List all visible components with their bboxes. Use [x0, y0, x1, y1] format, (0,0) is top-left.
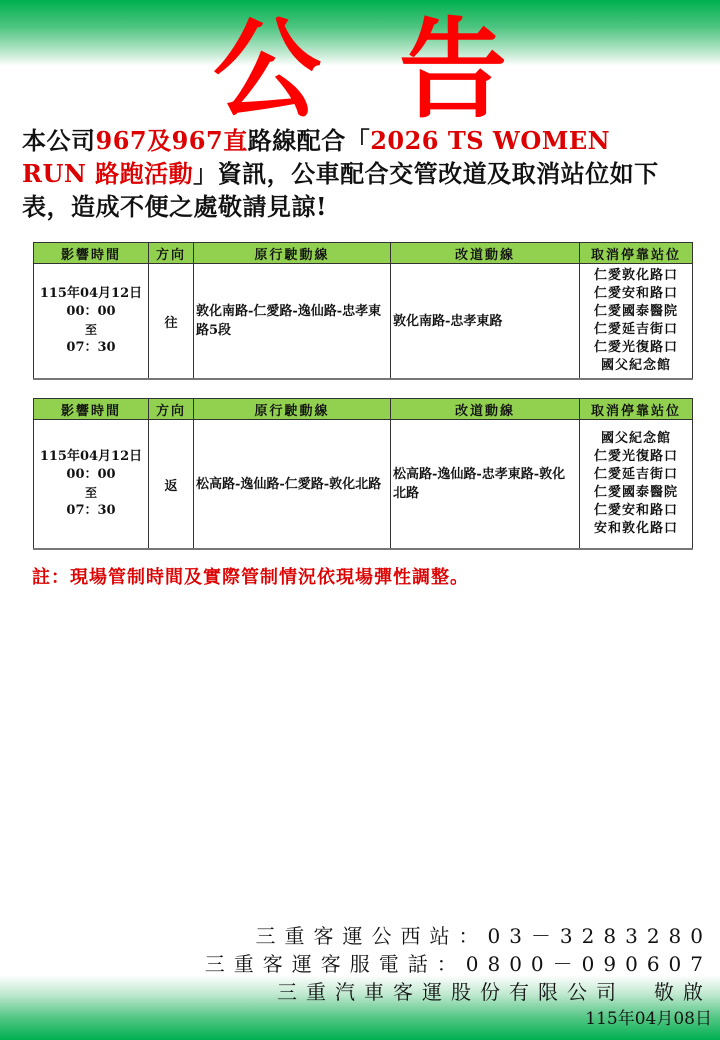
direction-cell: 往 — [149, 264, 194, 380]
intro-text: 路線配合「 — [248, 126, 371, 155]
table-row: 115年04月12日 00：00 至 07：30 返 松高路-逸仙路-仁愛路-敦… — [34, 420, 693, 550]
stop-item: 仁愛安和路口 — [582, 285, 690, 303]
page-title: 公 告 — [0, 10, 720, 130]
stop-item: 仁愛安和路口 — [582, 502, 690, 520]
date: 115年04月12日 — [36, 448, 146, 466]
header-direction: 方向 — [149, 399, 194, 420]
header-detour-route: 改道動線 — [391, 243, 580, 264]
stop-item: 仁愛國泰醫院 — [582, 484, 690, 502]
header-original-route: 原行駛動線 — [194, 399, 391, 420]
company-signature: 三重汽車客運股份有限公司 敬啟 — [205, 978, 712, 1006]
end-time: 07：30 — [36, 339, 146, 357]
header-direction: 方向 — [149, 243, 194, 264]
original-route-cell: 敦化南路-仁愛路-逸仙路-忠孝東路5段 — [194, 264, 391, 380]
time-cell: 115年04月12日 00：00 至 07：30 — [34, 420, 149, 550]
stop-item: 安和敦化路口 — [582, 520, 690, 538]
header-time: 影響時間 — [34, 399, 149, 420]
table-header-row: 影響時間 方向 原行駛動線 改道動線 取消停靠站位 — [34, 243, 693, 264]
to-label: 至 — [36, 484, 146, 502]
stop-item: 仁愛光復路口 — [582, 448, 690, 466]
stop-item: 國父紀念館 — [582, 430, 690, 448]
to-label: 至 — [36, 321, 146, 339]
detour-table-return: 影響時間 方向 原行駛動線 改道動線 取消停靠站位 115年04月12日 00：… — [33, 398, 693, 550]
header-cancelled-stops: 取消停靠站位 — [580, 399, 693, 420]
original-route-cell: 松高路-逸仙路-仁愛路-敦化北路 — [194, 420, 391, 550]
footer-contact: 三重客運公西站：03－3283280 三重客運客服電話：0800－090607 … — [205, 922, 712, 1032]
detour-route-cell: 松高路-逸仙路-忠孝東路-敦化北路 — [391, 420, 580, 550]
stop-item: 仁愛延吉街口 — [582, 466, 690, 484]
title-char-1: 公 — [213, 16, 321, 124]
issue-date: 115年04月08日 — [205, 1006, 712, 1032]
table-header-row: 影響時間 方向 原行駛動線 改道動線 取消停靠站位 — [34, 399, 693, 420]
cancelled-stops-cell: 國父紀念館 仁愛光復路口 仁愛延吉街口 仁愛國泰醫院 仁愛安和路口 安和敦化路口 — [580, 420, 693, 550]
stop-item: 仁愛國泰醫院 — [582, 303, 690, 321]
header-detour-route: 改道動線 — [391, 399, 580, 420]
stop-item: 仁愛延吉街口 — [582, 321, 690, 339]
intro-paragraph: 本公司967及967直路線配合「2026 TS WOMEN RUN 路跑活動」資… — [22, 124, 682, 223]
time-cell: 115年04月12日 00：00 至 07：30 — [34, 264, 149, 380]
service-phone: 三重客運客服電話：0800－090607 — [205, 950, 712, 978]
header-cancelled-stops: 取消停靠站位 — [580, 243, 693, 264]
detour-route-cell: 敦化南路-忠孝東路 — [391, 264, 580, 380]
direction-cell: 返 — [149, 420, 194, 550]
stop-item: 仁愛敦化路口 — [582, 267, 690, 285]
stop-item: 仁愛光復路口 — [582, 339, 690, 357]
detour-table-outbound: 影響時間 方向 原行駛動線 改道動線 取消停靠站位 115年04月12日 00：… — [33, 242, 693, 380]
end-time: 07：30 — [36, 502, 146, 520]
route-numbers: 967及967直 — [96, 126, 248, 155]
date: 115年04月12日 — [36, 285, 146, 303]
intro-text: 本公司 — [22, 126, 96, 155]
header-original-route: 原行駛動線 — [194, 243, 391, 264]
stop-item: 國父紀念館 — [582, 357, 690, 375]
cancelled-stops-cell: 仁愛敦化路口 仁愛安和路口 仁愛國泰醫院 仁愛延吉街口 仁愛光復路口 國父紀念館 — [580, 264, 693, 380]
table-row: 115年04月12日 00：00 至 07：30 往 敦化南路-仁愛路-逸仙路-… — [34, 264, 693, 380]
station-phone: 三重客運公西站：03－3283280 — [205, 922, 712, 950]
adjustment-note: 註：現場管制時間及實際管制情況依現場彈性調整。 — [32, 563, 469, 589]
title-char-2: 告 — [399, 16, 507, 124]
start-time: 00：00 — [36, 466, 146, 484]
start-time: 00：00 — [36, 303, 146, 321]
header-time: 影響時間 — [34, 243, 149, 264]
